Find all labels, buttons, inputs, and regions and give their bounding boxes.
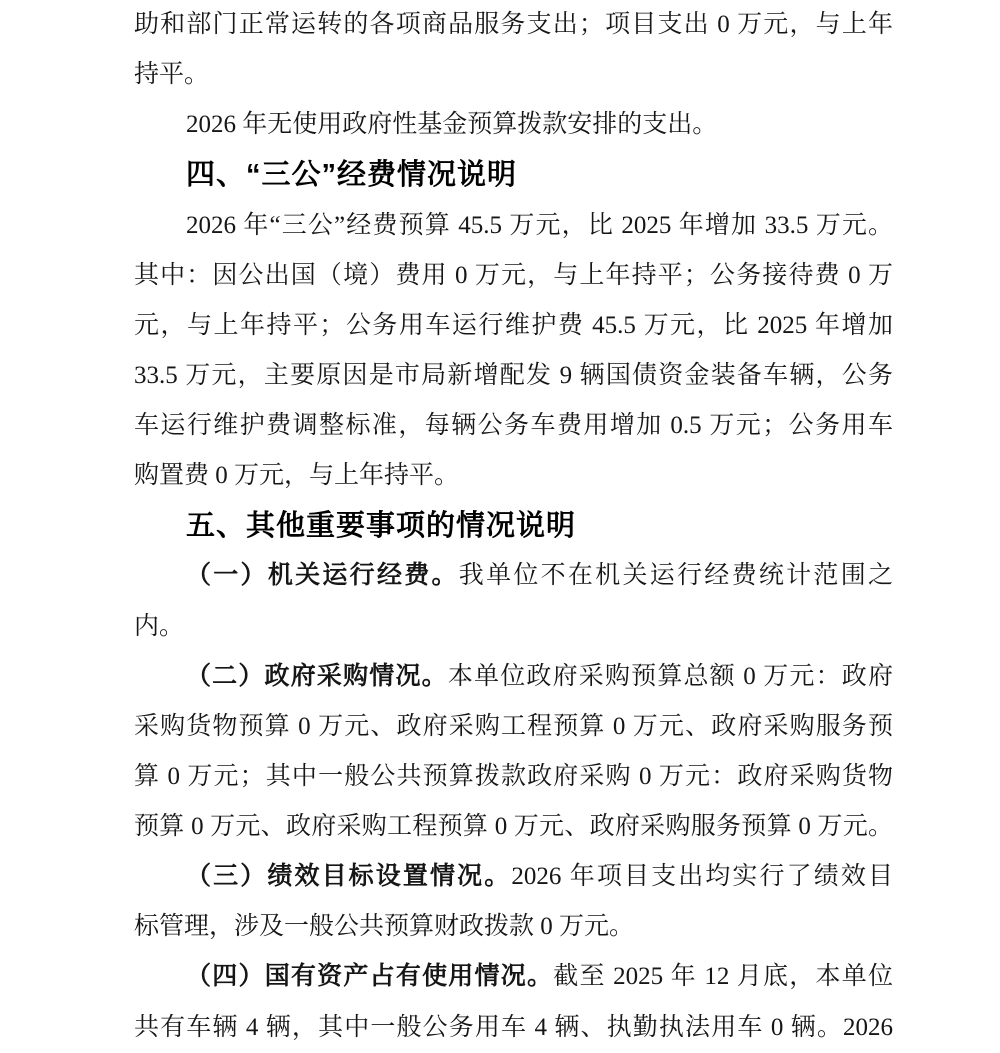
line-text: 内。 — [134, 613, 184, 640]
document-line: 算 0 万元；其中一般公共预算拨款政府采购 0 万元：政府采购货物 — [134, 752, 893, 802]
document-line: 采购货物预算 0 万元、政府采购工程预算 0 万元、政府采购服务预 — [134, 702, 893, 752]
document-line: （二）政府采购情况。本单位政府采购预算总额 0 万元：政府 — [134, 652, 893, 702]
section-heading: 四、“三公”经费情况说明 — [134, 150, 893, 200]
paragraph-lead: （四）国有资产占有使用情况。 — [186, 963, 553, 990]
line-text: 截至 2025 年 12 月底，本单位 — [553, 963, 893, 990]
document-line: 持平。 — [134, 50, 893, 100]
line-text: 购置费 0 万元，与上年持平。 — [134, 462, 459, 489]
document-line: 2026 年“三公”经费预算 45.5 万元，比 2025 年增加 33.5 万… — [134, 201, 893, 251]
line-text: 共有车辆 4 辆，其中一般公务用车 4 辆、执勤执法用车 0 辆。2026 — [134, 1014, 893, 1041]
line-text: 算 0 万元；其中一般公共预算拨款政府采购 0 万元：政府采购货物 — [134, 763, 893, 790]
document-line: 33.5 万元，主要原因是市局新增配发 9 辆国债资金装备车辆，公务 — [134, 351, 893, 401]
line-text: 持平。 — [134, 61, 209, 88]
line-text: 预算 0 万元、政府采购工程预算 0 万元、政府采购服务预算 0 万元。 — [134, 813, 893, 840]
paragraph-lead: （三）绩效目标设置情况。 — [186, 863, 511, 890]
line-text: 四、“三公”经费情况说明 — [186, 159, 517, 191]
line-text: 2026 年项目支出均实行了绩效目 — [511, 863, 893, 890]
line-text: 五、其他重要事项的情况说明 — [186, 510, 576, 542]
document-body: 助和部门正常运转的各项商品服务支出；项目支出 0 万元，与上年持平。2026 年… — [0, 0, 1000, 1053]
document-line: （一）机关运行经费。我单位不在机关运行经费统计范围之 — [134, 551, 893, 601]
document-line: 购置费 0 万元，与上年持平。 — [134, 451, 893, 501]
document-line: 元，与上年持平；公务用车运行维护费 45.5 万元，比 2025 年增加 — [134, 301, 893, 351]
line-text: 元，与上年持平；公务用车运行维护费 45.5 万元，比 2025 年增加 — [134, 312, 893, 339]
line-text: 本单位政府采购预算总额 0 万元：政府 — [448, 663, 893, 690]
line-text: 车运行维护费调整标准，每辆公务车费用增加 0.5 万元；公务用车 — [134, 412, 893, 439]
document-line: 助和部门正常运转的各项商品服务支出；项目支出 0 万元，与上年 — [134, 0, 893, 50]
line-text: 33.5 万元，主要原因是市局新增配发 9 辆国债资金装备车辆，公务 — [134, 362, 893, 389]
line-text: 2026 年“三公”经费预算 45.5 万元，比 2025 年增加 33.5 万… — [186, 212, 893, 239]
paragraph-lead: （二）政府采购情况。 — [186, 663, 448, 690]
line-text: 我单位不在机关运行经费统计范围之 — [459, 562, 893, 589]
document-line: 其中：因公出国（境）费用 0 万元，与上年持平；公务接待费 0 万 — [134, 251, 893, 301]
line-text: 2026 年无使用政府性基金预算拨款安排的支出。 — [186, 111, 717, 138]
document-line: 预算 0 万元、政府采购工程预算 0 万元、政府采购服务预算 0 万元。 — [134, 802, 893, 852]
document-line: 2026 年无使用政府性基金预算拨款安排的支出。 — [134, 100, 893, 150]
document-line: 共有车辆 4 辆，其中一般公务用车 4 辆、执勤执法用车 0 辆。2026 — [134, 1003, 893, 1053]
section-heading: 五、其他重要事项的情况说明 — [134, 501, 893, 551]
line-text: 标管理，涉及一般公共预算财政拨款 0 万元。 — [134, 913, 634, 940]
document-line: （四）国有资产占有使用情况。截至 2025 年 12 月底，本单位 — [134, 952, 893, 1002]
line-text: 助和部门正常运转的各项商品服务支出；项目支出 0 万元，与上年 — [134, 11, 893, 38]
document-line: （三）绩效目标设置情况。2026 年项目支出均实行了绩效目 — [134, 852, 893, 902]
document-line: 车运行维护费调整标准，每辆公务车费用增加 0.5 万元；公务用车 — [134, 401, 893, 451]
paragraph-lead: （一）机关运行经费。 — [186, 562, 459, 589]
document-line: 内。 — [134, 602, 893, 652]
line-text: 其中：因公出国（境）费用 0 万元，与上年持平；公务接待费 0 万 — [134, 262, 893, 289]
document-page: 助和部门正常运转的各项商品服务支出；项目支出 0 万元，与上年持平。2026 年… — [0, 0, 1000, 1053]
document-line: 标管理，涉及一般公共预算财政拨款 0 万元。 — [134, 902, 893, 952]
line-text: 采购货物预算 0 万元、政府采购工程预算 0 万元、政府采购服务预 — [134, 713, 893, 740]
